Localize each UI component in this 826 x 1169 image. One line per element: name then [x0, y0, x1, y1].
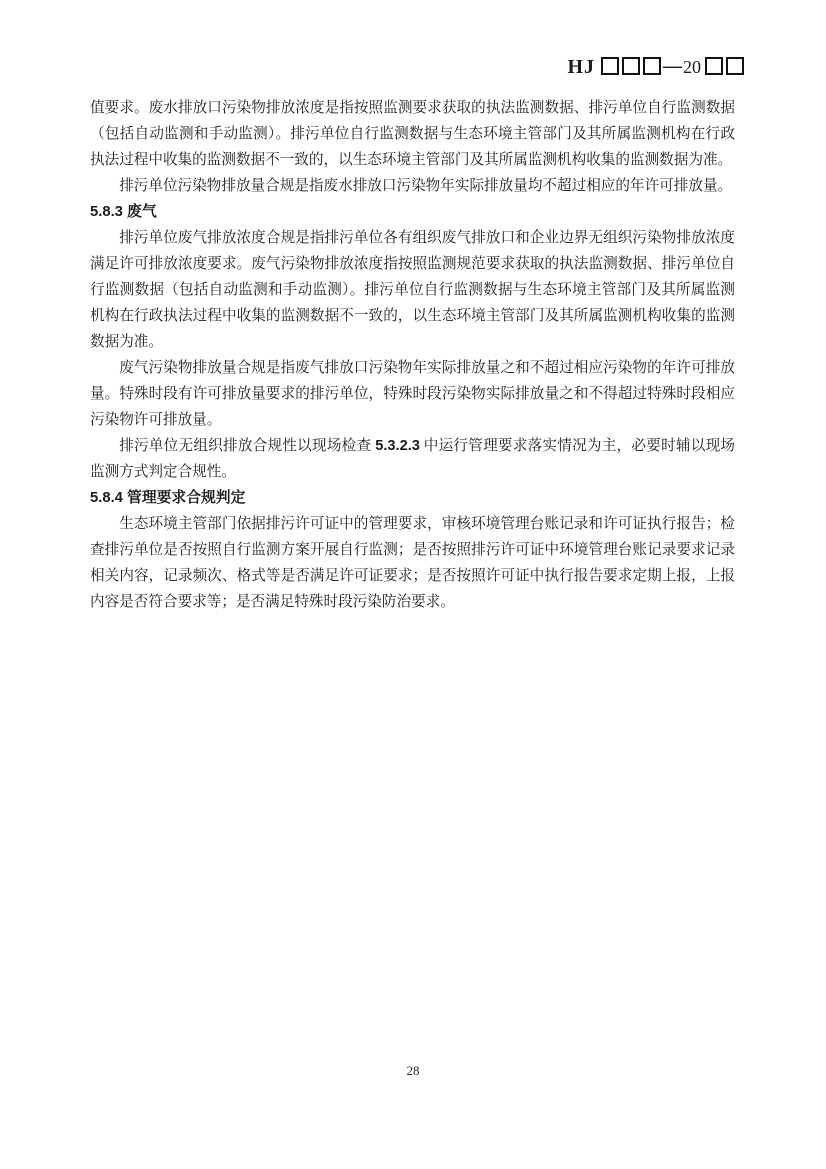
text-run: 废气污染物排放量合规是指废气排放口污染物年实际排放量之和不超过相应污染物的年许可…	[90, 360, 735, 428]
text-run: 生态环境主管部门依据排污许可证中的管理要求，审核环境管理台账记录和许可证执行报告…	[90, 516, 735, 610]
paragraph: 排污单位废气排放浓度合规是指排污单位各有组织废气排放口和企业边界无组织污染物排放…	[90, 225, 735, 355]
code-box	[643, 57, 661, 75]
standard-code: HJ—20	[567, 55, 745, 81]
page-number: 28	[407, 1063, 420, 1078]
paragraph: 排污单位无组织排放合规性以现场检查 5.3.2.3 中运行管理要求落实情况为主，…	[90, 433, 735, 485]
document-page: HJ—20 值要求。废水排放口污染物排放浓度是指按照监测要求获取的执法监测数据、…	[0, 0, 826, 1169]
document-header: HJ—20	[90, 55, 745, 81]
standard-code-prefix: HJ	[567, 56, 595, 78]
code-dash: —	[663, 56, 682, 77]
text-run: 值要求。废水排放口污染物排放浓度是指按照监测要求获取的执法监测数据、排污单位自行…	[90, 100, 735, 168]
text-run: 排污单位废气排放浓度合规是指排污单位各有组织废气排放口和企业边界无组织污染物排放…	[90, 230, 735, 350]
text-run: 排污单位无组织排放合规性以现场检查	[119, 438, 375, 454]
text-run: 5.8.3 废气	[90, 204, 157, 220]
section-heading: 5.8.3 废气	[90, 199, 735, 225]
document-body: 值要求。废水排放口污染物排放浓度是指按照监测要求获取的执法监测数据、排污单位自行…	[90, 95, 735, 615]
page-footer: 28	[0, 1063, 826, 1079]
code-box	[726, 57, 744, 75]
code-box	[622, 57, 640, 75]
code-box	[601, 57, 619, 75]
text-run: 排污单位污染物排放量合规是指废水排放口污染物年实际排放量均不超过相应的年许可排放…	[119, 178, 732, 194]
clause-reference: 5.3.2.3	[375, 438, 420, 454]
paragraph: 值要求。废水排放口污染物排放浓度是指按照监测要求获取的执法监测数据、排污单位自行…	[90, 95, 735, 173]
section-heading: 5.8.4 管理要求合规判定	[90, 485, 735, 511]
paragraph: 废气污染物排放量合规是指废气排放口污染物年实际排放量之和不超过相应污染物的年许可…	[90, 355, 735, 433]
code-box	[705, 57, 723, 75]
paragraph: 生态环境主管部门依据排污许可证中的管理要求，审核环境管理台账记录和许可证执行报告…	[90, 511, 735, 615]
code-year-prefix: 20	[683, 57, 701, 77]
paragraph: 排污单位污染物排放量合规是指废水排放口污染物年实际排放量均不超过相应的年许可排放…	[90, 173, 735, 199]
text-run: 5.8.4 管理要求合规判定	[90, 490, 245, 506]
